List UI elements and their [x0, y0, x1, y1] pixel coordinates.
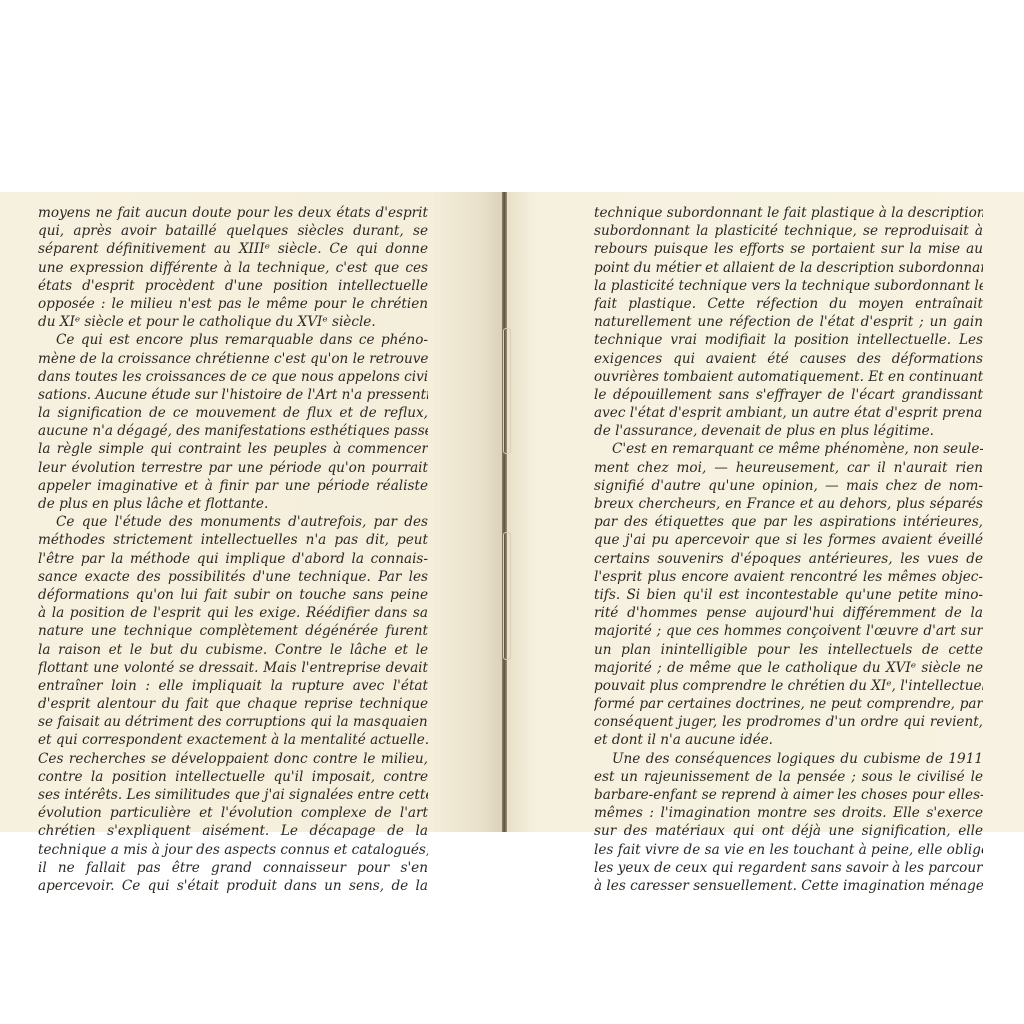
book-binding-gutter — [502, 192, 507, 832]
text-line: les yeux de ceux qui regardent sans savo… — [594, 859, 983, 877]
text-line: la raison et le but du cubisme. Contre l… — [38, 641, 428, 659]
text-line: barbare-enfant se reprend à aimer les ch… — [594, 786, 983, 804]
text-line: Une des conséquences logiques du cubisme… — [594, 750, 983, 768]
text-line: nature une technique complètement dégéné… — [38, 622, 428, 640]
text-line: apercevoir. Ce qui s'était produit dans … — [38, 877, 428, 895]
text-line: exigences qui avaient été causes des déf… — [594, 350, 983, 368]
text-line: ment chez moi, — heureusement, car il n'… — [594, 459, 983, 477]
text-line: et qui correspondent exactement à la men… — [38, 731, 428, 749]
text-line: tifs. Si bien qu'il est incontestable qu… — [594, 586, 983, 604]
text-line: l'esprit plus encore avaient rencontré l… — [594, 568, 983, 586]
text-line: signifié d'autre qu'une opinion, — mais … — [594, 477, 983, 495]
text-line: formé par certaines doctrines, ne peut c… — [594, 695, 983, 713]
text-line: aucune n'a dégagé, des manifestations es… — [38, 422, 428, 440]
text-line: dans toutes les croissances de ce que no… — [38, 368, 428, 386]
text-line: le dépouillement sans s'effrayer de l'éc… — [594, 386, 983, 404]
text-line: sations. Aucune étude sur l'histoire de … — [38, 386, 428, 404]
text-line: moyens ne fait aucun doute pour les deux… — [38, 204, 428, 222]
text-line: breux chercheurs, en France et au dehors… — [594, 495, 983, 513]
text-line: appeler imaginative et à finir par une p… — [38, 477, 428, 495]
text-line: un plan inintelligible pour les intellec… — [594, 641, 983, 659]
right-page: technique subordonnant le fait plastique… — [506, 192, 1024, 832]
binding-stitch — [503, 328, 511, 454]
text-line: séparent définitivement au XIIIᵉ siècle.… — [38, 240, 428, 258]
text-line: du XIᵉ siècle et pour le catholique du X… — [38, 313, 428, 331]
text-line: états d'esprit procèdent d'une position … — [38, 277, 428, 295]
text-line: Ce qui est encore plus remarquable dans … — [38, 331, 428, 349]
text-line: sur des matériaux qui ont déjà une signi… — [594, 822, 983, 840]
text-line: une expression différente à la technique… — [38, 259, 428, 277]
text-line: contre la position intellectuelle qu'il … — [38, 768, 428, 786]
text-line: certains souvenirs d'époques antérieures… — [594, 550, 983, 568]
text-line: opposée : le milieu n'est pas le même po… — [38, 295, 428, 313]
text-line: à les caresser sensuellement. Cette imag… — [594, 877, 983, 895]
text-line: C'est en remarquant ce même phénomène, n… — [594, 440, 983, 458]
text-line: se faisait au détriment des corruptions … — [38, 713, 428, 731]
text-line: les fait vivre de sa vie en les touchant… — [594, 841, 983, 859]
text-line: de plus en plus lâche et flottante. — [38, 495, 428, 513]
text-line: ses intérêts. Les similitudes que j'ai s… — [38, 786, 428, 804]
text-line: naturellement une réfection de l'état d'… — [594, 313, 983, 331]
binding-stitch — [503, 532, 511, 660]
text-line: que j'ai pu apercevoir que si les formes… — [594, 531, 983, 549]
text-line: et dont il n'a aucune idée. — [594, 731, 983, 749]
text-line: évolution particulière et l'évolution co… — [38, 804, 428, 822]
text-line: d'esprit alentour du fait que chaque rep… — [38, 695, 428, 713]
text-line: rebours puisque les efforts se portaient… — [594, 240, 983, 258]
text-line: technique a mis à jour des aspects connu… — [38, 841, 428, 859]
text-line: il ne fallait pas être grand connaisseur… — [38, 859, 428, 877]
text-line: ouvrières tombaient automatiquement. Et … — [594, 368, 983, 386]
text-line: est un rajeunissement de la pensée ; sou… — [594, 768, 983, 786]
text-line: de l'assurance, devenait de plus en plus… — [594, 422, 983, 440]
text-line: pouvait plus comprendre le chrétien du X… — [594, 677, 983, 695]
text-line: fait plastique. Cette réfection du moyen… — [594, 295, 983, 313]
text-line: Ce que l'étude des monuments d'autrefois… — [38, 513, 428, 531]
text-line: point du métier et allaient de la descri… — [594, 259, 983, 277]
right-page-text: technique subordonnant le fait plastique… — [594, 204, 983, 895]
text-line: technique subordonnant le fait plastique… — [594, 204, 983, 222]
text-line: majorité ; de même que le catholique du … — [594, 659, 983, 677]
text-line: conséquent juger, les prodromes d'un ord… — [594, 713, 983, 731]
text-line: qui, après avoir bataillé quelques siècl… — [38, 222, 428, 240]
left-page: moyens ne fait aucun doute pour les deux… — [0, 192, 506, 832]
text-line: par des étiquettes que par les aspiratio… — [594, 513, 983, 531]
text-line: mêmes : l'imagination montre ses droits.… — [594, 804, 983, 822]
book-spread: moyens ne fait aucun doute pour les deux… — [0, 192, 1024, 832]
text-line: avec l'état d'esprit ambiant, un autre é… — [594, 404, 983, 422]
text-line: la plasticité technique vers la techniqu… — [594, 277, 983, 295]
text-line: chrétien s'expliquent aisément. Le décap… — [38, 822, 428, 840]
text-line: la règle simple qui contraint les peuple… — [38, 440, 428, 458]
text-line: flottant une volonté se dressait. Mais l… — [38, 659, 428, 677]
text-line: Ces recherches se développaient donc con… — [38, 750, 428, 768]
text-line: entraîner loin : elle impliquait la rupt… — [38, 677, 428, 695]
text-line: rité d'hommes pense aujourd'hui différem… — [594, 604, 983, 622]
text-line: sance exacte des possibilités d'une tech… — [38, 568, 428, 586]
text-line: subordonnant la plasticité technique, se… — [594, 222, 983, 240]
text-line: l'être par la méthode qui implique d'abo… — [38, 550, 428, 568]
text-line: technique vrai modifiait la position int… — [594, 331, 983, 349]
text-line: leur évolution terrestre par une période… — [38, 459, 428, 477]
left-page-text: moyens ne fait aucun doute pour les deux… — [38, 204, 428, 895]
text-line: méthodes strictement intellectuelles n'a… — [38, 531, 428, 549]
text-line: mène de la croissance chrétienne c'est q… — [38, 350, 428, 368]
text-line: majorité ; que ces hommes conçoivent l'œ… — [594, 622, 983, 640]
text-line: déformations qu'on lui fait subir on tou… — [38, 586, 428, 604]
text-line: la signification de ce mouvement de flux… — [38, 404, 428, 422]
text-line: à la position de l'esprit qui les exige.… — [38, 604, 428, 622]
